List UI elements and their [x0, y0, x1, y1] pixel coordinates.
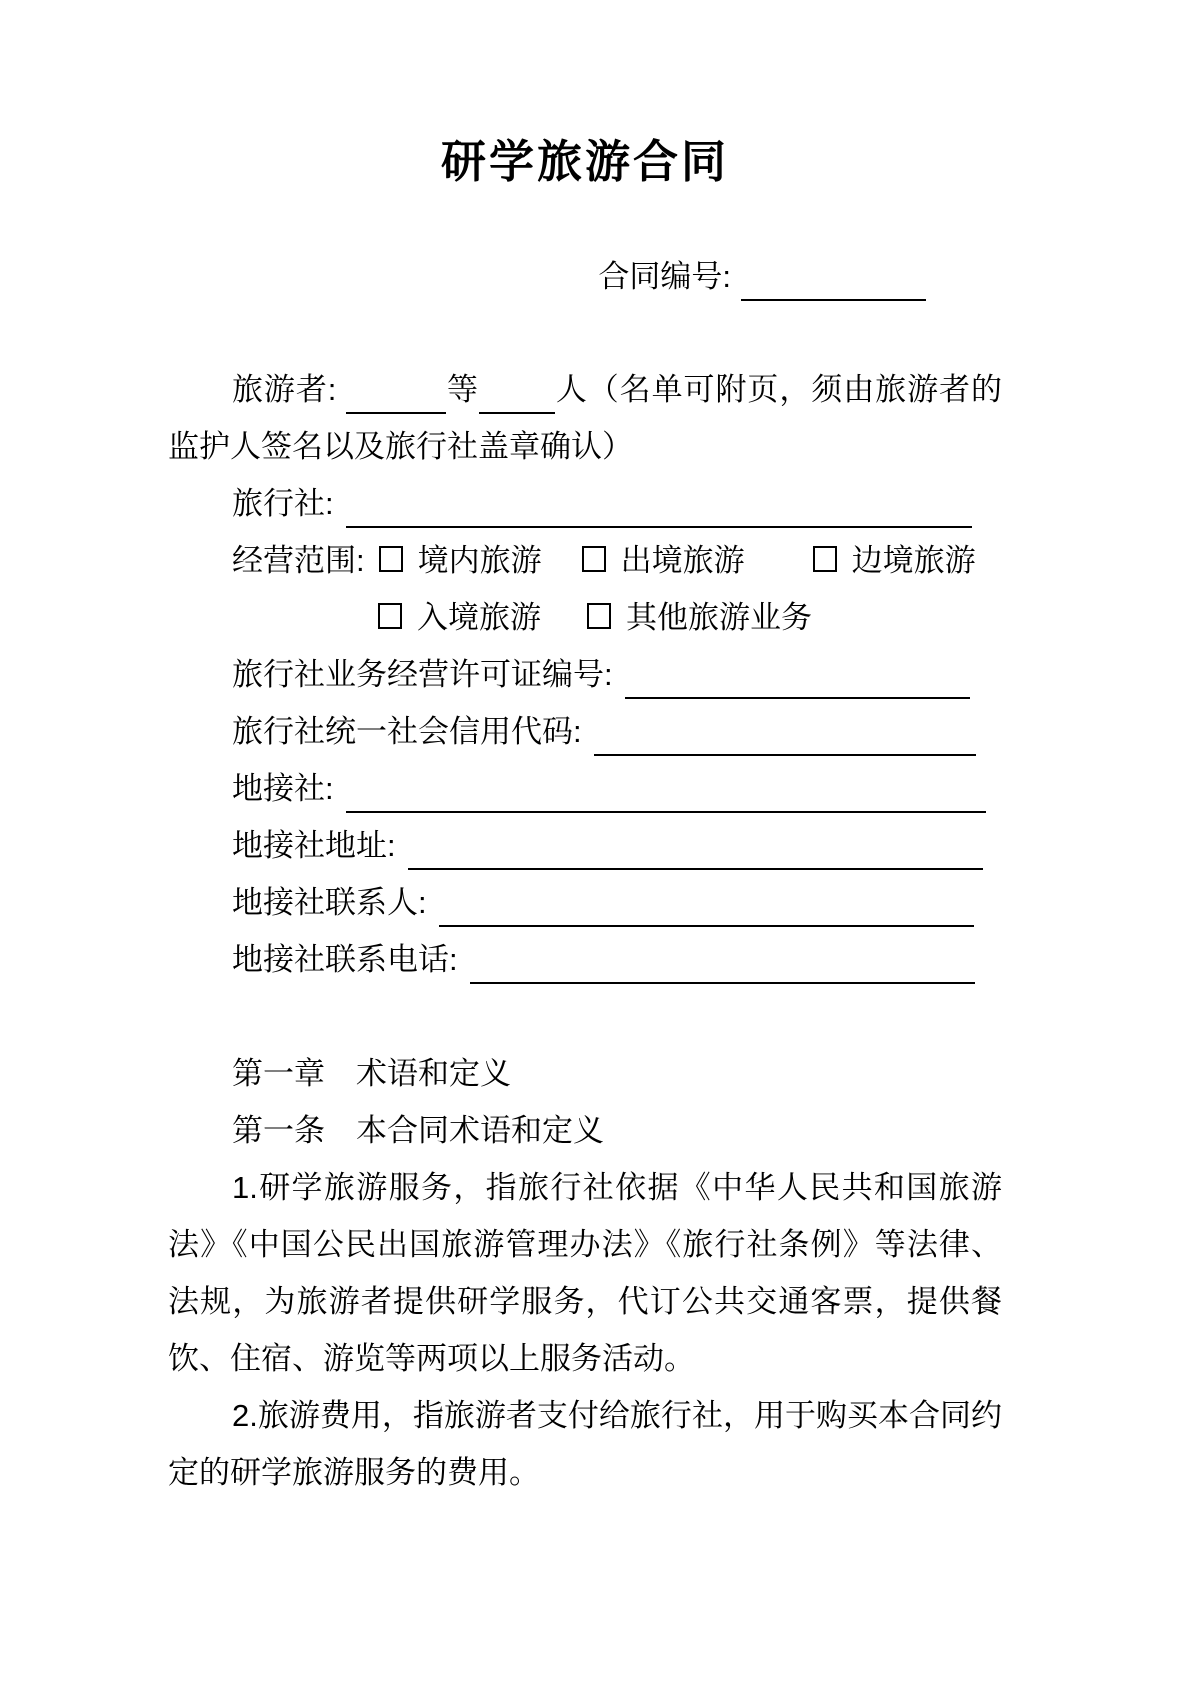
local-agency-contact-label: 地接社联系人:: [232, 885, 427, 920]
contract-document-page: 研学旅游合同 合同编号: 旅游者: 等人（名单可附页，须由旅游者的监护人签名以及…: [0, 0, 1190, 1682]
license-number-label: 旅行社业务经营许可证编号:: [232, 657, 613, 692]
chapter-one-heading: 第一章 术语和定义: [168, 1045, 1002, 1102]
local-agency-blank[interactable]: [346, 771, 986, 813]
credit-code-blank[interactable]: [594, 714, 976, 756]
clause-2-paragraph: 2.旅游费用，指旅游者支付给旅行社，用于购买本合同约定的研学旅游服务的费用。: [168, 1387, 1002, 1501]
business-scope-row-1: 经营范围:境内旅游出境旅游边境旅游: [168, 532, 1002, 589]
checkbox-domestic-travel-icon[interactable]: [379, 546, 403, 572]
local-agency-phone-label: 地接社联系电话:: [232, 942, 458, 977]
business-scope-option-other: 其他旅游业务: [626, 600, 812, 635]
business-scope-option-domestic: 境内旅游: [418, 543, 542, 578]
local-agency-contact-blank[interactable]: [439, 885, 974, 927]
traveler-name-blank[interactable]: [346, 372, 446, 414]
business-scope-row-2: 入境旅游其他旅游业务: [168, 589, 1002, 646]
license-number-blank[interactable]: [625, 657, 970, 699]
local-agency-phone-blank[interactable]: [470, 942, 975, 984]
local-agency-address-blank[interactable]: [408, 828, 983, 870]
business-scope-option-border: 边境旅游: [852, 543, 976, 578]
contract-number-line: 合同编号:: [168, 248, 1002, 305]
checkbox-inbound-travel-icon[interactable]: [378, 603, 402, 629]
checkbox-outbound-travel-icon[interactable]: [582, 546, 606, 572]
clause-1-paragraph: 1.研学旅游服务，指旅行社依据《中华人民共和国旅游法》《中国公民出国旅游管理办法…: [168, 1159, 1002, 1387]
credit-code-label: 旅行社统一社会信用代码:: [232, 714, 582, 749]
credit-code-line: 旅行社统一社会信用代码:: [168, 703, 1002, 760]
checkbox-border-travel-icon[interactable]: [813, 546, 837, 572]
business-scope-label: 经营范围:: [232, 543, 365, 578]
traveler-count-blank[interactable]: [479, 372, 555, 414]
contract-number-label: 合同编号:: [598, 259, 731, 294]
local-agency-contact-line: 地接社联系人:: [168, 874, 1002, 931]
business-scope-option-outbound: 出境旅游: [621, 543, 745, 578]
business-scope-option-inbound: 入境旅游: [417, 600, 541, 635]
traveler-label: 旅游者:: [232, 372, 336, 407]
document-title: 研学旅游合同: [168, 130, 1002, 194]
local-agency-phone-line: 地接社联系电话:: [168, 931, 1002, 988]
contract-number-blank[interactable]: [741, 259, 926, 301]
traveler-line: 旅游者: 等人（名单可附页，须由旅游者的监护人签名以及旅行社盖章确认）: [168, 361, 1002, 475]
local-agency-address-line: 地接社地址:: [168, 817, 1002, 874]
local-agency-label: 地接社:: [232, 771, 334, 806]
license-number-line: 旅行社业务经营许可证编号:: [168, 646, 1002, 703]
agency-blank[interactable]: [346, 486, 972, 528]
agency-line: 旅行社:: [168, 475, 1002, 532]
checkbox-other-travel-business-icon[interactable]: [587, 603, 611, 629]
article-one-heading: 第一条 本合同术语和定义: [168, 1102, 1002, 1159]
local-agency-line: 地接社:: [168, 760, 1002, 817]
local-agency-address-label: 地接社地址:: [232, 828, 396, 863]
agency-label: 旅行社:: [232, 486, 334, 521]
traveler-separator: 等: [446, 372, 479, 407]
